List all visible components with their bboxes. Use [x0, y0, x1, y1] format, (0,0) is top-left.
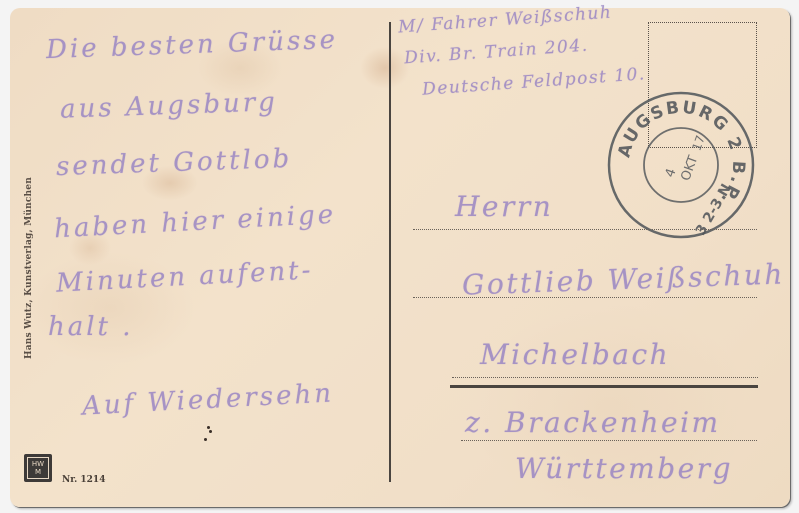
message-line: aus Augsburg: [60, 87, 279, 125]
postcard: Hans Wutz, Kunstverlag, München HW M Nr.…: [10, 8, 790, 507]
message-line: haben hier einige: [53, 200, 336, 245]
address-line: Württemberg: [515, 452, 733, 485]
logo-line-2: M: [35, 468, 41, 476]
center-divider: [389, 22, 391, 482]
sender-line: Div. Br. Train 204.: [404, 36, 590, 69]
publisher-logo-icon: HW M: [24, 454, 52, 482]
address-line-3: [452, 377, 758, 378]
message-line: Die besten Grüsse: [46, 25, 339, 65]
address-line-4: [461, 440, 757, 441]
postmark-month: OKT: [678, 154, 701, 183]
address-line: Michelbach: [480, 338, 670, 371]
postmark-stamp-icon: AUGSBURG 2 B.P. 4 OKT 17 3 2-3 N: [606, 90, 756, 240]
publisher-imprint: Hans Wutz, Kunstverlag, München: [24, 158, 38, 378]
message-line: halt .: [48, 312, 134, 342]
address-line: Gottlieb Weißschuh: [462, 257, 786, 301]
message-line: Minuten aufent-: [55, 255, 314, 298]
sender-line: M/ Fahrer Weißschuh: [398, 3, 613, 38]
postmark: AUGSBURG 2 B.P. 4 OKT 17 3 2-3 N: [606, 90, 756, 240]
message-line: Auf Wiedersehn: [81, 378, 334, 421]
postmark-day: 4: [663, 167, 680, 180]
card-number: Nr. 1214: [62, 475, 105, 485]
address-line: z. Brackenheim: [465, 406, 721, 439]
logo-line-1: HW: [32, 460, 44, 468]
address-line-1: [413, 229, 757, 230]
address-separator-line: [450, 385, 758, 388]
message-line: sendet Gottlob: [56, 144, 293, 182]
address-line: Herrn: [455, 190, 553, 223]
